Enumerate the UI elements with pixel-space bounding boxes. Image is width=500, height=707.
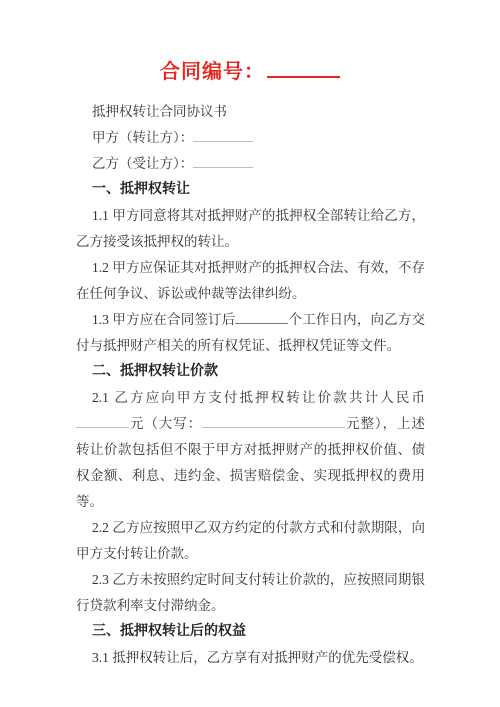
contract-number-label: 合同编号： (160, 61, 265, 83)
section-3-heading: 三、抵押权转让后的权益 (76, 619, 425, 645)
section-1-heading: 一、抵押权转让 (76, 177, 425, 203)
clause-1-1-text: 1.1 甲方同意将其对抵押财产的抵押权全部转让给乙方，乙方接受该抵押权的转让。 (76, 208, 425, 249)
clause-2-3: 2.3 乙方未按照约定时间支付转让价款的，应按照同期银行贷款利率支付滞纳金。 (76, 567, 425, 619)
clause-2-1: 2.1 乙方应向甲方支付抵押权转让价款共计人民币元（大写：元整），上述转让价款包… (76, 385, 425, 515)
clause-3-1: 3.1 抵押权转让后，乙方享有对抵押财产的优先受偿权。 (76, 645, 425, 671)
clause-1-2-text: 1.2 甲方应保证其对抵押财产的抵押权合法、有效，不存在任何争议、诉讼或仲裁等法… (76, 260, 425, 301)
clause-2-3-text: 2.3 乙方未按照约定时间支付转让价款的，应按照同期银行贷款利率支付滞纳金。 (76, 572, 425, 613)
clause-1-1: 1.1 甲方同意将其对抵押财产的抵押权全部转让给乙方，乙方接受该抵押权的转让。 (76, 203, 425, 255)
working-days-blank (235, 312, 288, 324)
price-in-words-blank (202, 416, 345, 428)
price-amount-blank (76, 416, 129, 428)
clause-2-1-text-b: 元（大写： (129, 416, 202, 431)
party-a-blank (193, 130, 253, 142)
clause-2-2: 2.2 乙方应按照甲乙双方约定的付款方式和付款期限，向甲方支付转让价款。 (76, 515, 425, 567)
clause-2-2-text: 2.2 乙方应按照甲乙双方约定的付款方式和付款期限，向甲方支付转让价款。 (76, 520, 425, 561)
clause-1-2: 1.2 甲方应保证其对抵押财产的抵押权合法、有效，不存在任何争议、诉讼或仲裁等法… (76, 255, 425, 307)
party-b-blank (193, 156, 253, 168)
section-2-heading: 二、抵押权转让价款 (76, 359, 425, 385)
clause-2-1-text-a: 2.1 乙方应向甲方支付抵押权转让价款共计人民币 (92, 390, 425, 405)
contract-body: 抵押权转让合同协议书 甲方（转让方）： 乙方（受让方）： 一、抵押权转让 1.1… (0, 86, 500, 671)
doc-subtitle: 抵押权转让合同协议书 (76, 99, 425, 125)
clause-1-3: 1.3 甲方应在合同签订后个工作日内，向乙方交付与抵押财产相关的所有权凭证、抵押… (76, 307, 425, 359)
party-a-label: 甲方（转让方）： (92, 130, 193, 145)
clause-3-1-text: 3.1 抵押权转让后，乙方享有对抵押财产的优先受偿权。 (92, 650, 423, 665)
contract-number-heading: 合同编号： (0, 0, 500, 86)
contract-document-page: 合同编号： 抵押权转让合同协议书 甲方（转让方）： 乙方（受让方）： 一、抵押权… (0, 0, 500, 707)
clause-1-3-text-a: 1.3 甲方应在合同签订后 (92, 312, 235, 327)
party-a-line: 甲方（转让方）： (76, 125, 425, 151)
contract-number-blank (267, 59, 340, 78)
doc-subtitle-text: 抵押权转让合同协议书 (92, 104, 227, 119)
party-b-line: 乙方（受让方）： (76, 151, 425, 177)
party-b-label: 乙方（受让方）： (92, 156, 193, 171)
